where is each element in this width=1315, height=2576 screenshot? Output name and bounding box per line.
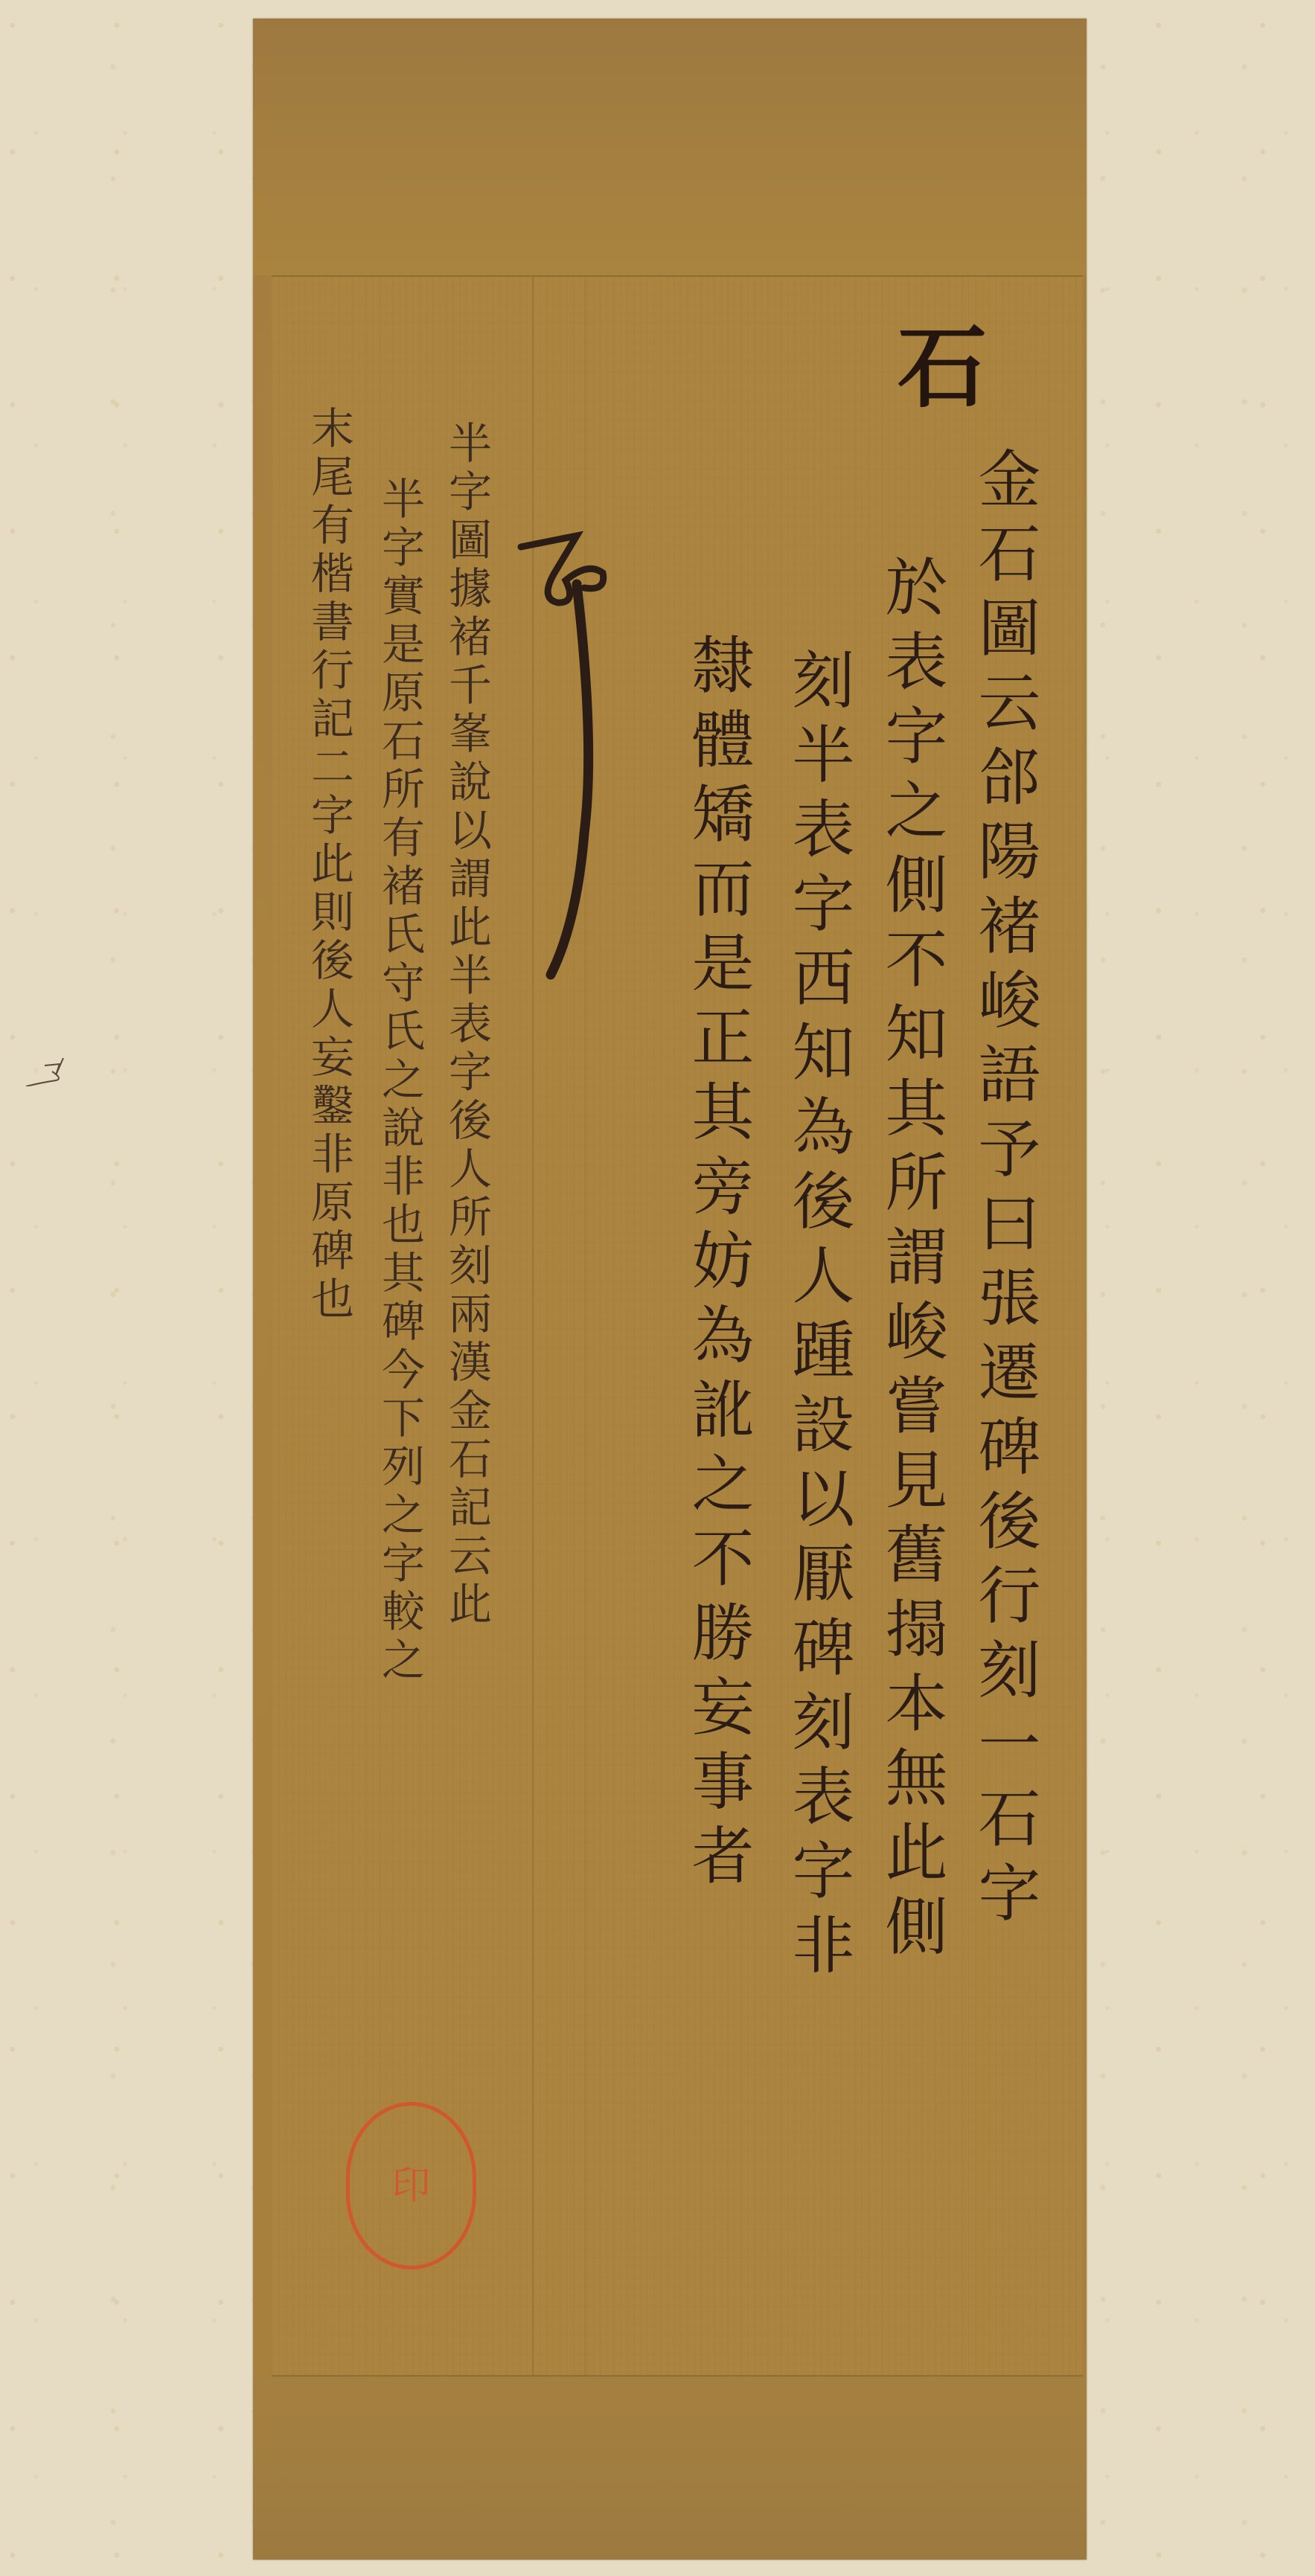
annotation-column-1: 半字圖據褚千峯說以謂此半表字後人所刻兩漢金石記云此 <box>435 420 498 1630</box>
mount-top-border <box>253 19 1087 275</box>
margin-ink-mark-icon <box>22 1049 74 1086</box>
seal-text: 印 <box>391 2167 430 2205</box>
main-text-column-3: 刻半表字西知為後人踵設以厭碑刻表字非 <box>774 647 864 1987</box>
red-seal: 印 <box>346 2102 476 2269</box>
mount-bottom-border <box>253 2374 1087 2560</box>
main-text-column-2: 於表字之側不知其所謂峻嘗見舊搨本無此側 <box>867 554 957 1968</box>
annotation-column-3: 末尾有楷書行記二字此則後人妄鑿非原碑也 <box>298 406 360 1324</box>
main-text-column-1: 金石圖云郃陽褚峻語予曰張遷碑後行刻一石字 <box>960 446 1050 1935</box>
signature-mark-icon <box>513 521 610 990</box>
main-text-column-4: 隸體矯而是正其旁妨為訛之不勝妄事者 <box>674 632 764 1897</box>
annotation-column-2: 半字實是原石所有褚氏守氏之說非也其碑今下列之字較之 <box>368 476 431 1685</box>
title-character: 石 <box>871 320 999 409</box>
